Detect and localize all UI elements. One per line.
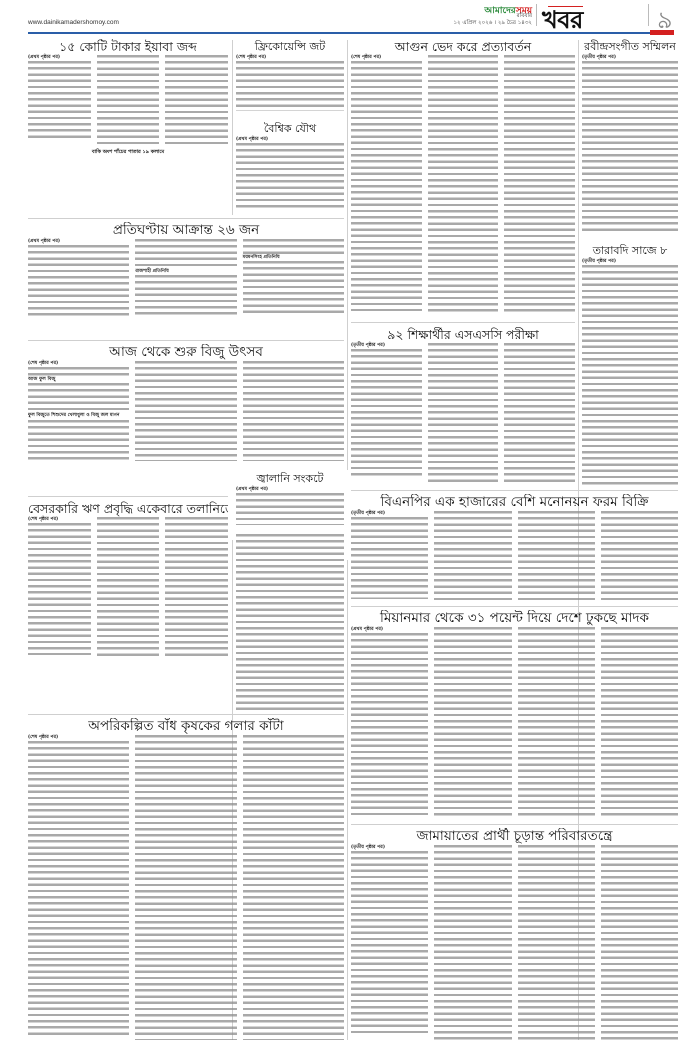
column-divider bbox=[232, 40, 233, 215]
article-yaba: ১৫ কোটি টাকার ইয়াবা জব্দ (প্রথম পৃষ্ঠার… bbox=[28, 38, 228, 156]
article-ssc: ৯২ শিক্ষার্থীর এসএসসি পরীক্ষা (তৃতীয় পৃ… bbox=[351, 326, 575, 486]
divider bbox=[648, 4, 649, 26]
headline[interactable]: ১৫ কোটি টাকার ইয়াবা জব্দ bbox=[28, 38, 228, 55]
headline[interactable]: তারাবদি সাজে ৮ bbox=[582, 242, 678, 259]
jump-line: বাকি অংশ পাঁচের পাতার ১৯ কলামে bbox=[28, 149, 228, 156]
headline[interactable]: মিয়ানমার থেকে ৩১ পয়েন্ট দিয়ে দেশে ঢুক… bbox=[351, 610, 678, 627]
section-rule bbox=[28, 714, 344, 715]
subhead: ময়মনসিংহ প্রতিনিধি bbox=[243, 255, 280, 260]
lead-tag: (শেষ পৃষ্ঠার পর) bbox=[28, 735, 58, 740]
masthead: www.dainikamadershomoy.com আমাদেরসময় রব… bbox=[0, 0, 700, 34]
headline[interactable]: রবীন্দ্রসংগীত সম্মিলন bbox=[582, 38, 678, 55]
article-jamaat: জামায়াতের প্রার্থী চূড়ান্ত পরিবারতন্ত্… bbox=[351, 828, 678, 1043]
header-rule bbox=[28, 32, 653, 34]
article-global: বৈশ্বিক যৌথ (প্রথম পৃষ্ঠার পর) bbox=[236, 120, 344, 215]
article-fuel: জ্বালানি সংকটে (প্রথম পৃষ্ঠার পর) bbox=[236, 470, 344, 530]
section-rule bbox=[351, 322, 575, 323]
article-hourly: প্রতিঘণ্টায় আক্রান্ত ২৬ জন (প্রথম পৃষ্ঠ… bbox=[28, 222, 344, 322]
lead-tag: (প্রথম পৃষ্ঠার পর) bbox=[28, 239, 60, 244]
headline[interactable]: আগুন ভেদ করে প্রত্যাবর্তন bbox=[351, 38, 575, 55]
headline[interactable]: অপরিকল্পিত বাঁধ কৃষকের গলার কাঁটা bbox=[28, 718, 344, 735]
headline[interactable]: বেসরকারি ঋণ প্রবৃদ্ধি একেবারে তলানিতে bbox=[28, 500, 228, 517]
lead-tag: (তৃতীয় পৃষ্ঠার পর) bbox=[582, 259, 616, 264]
article-rabindra: রবীন্দ্রসংগীত সম্মিলন (তৃতীয় পৃষ্ঠার পর… bbox=[582, 38, 678, 238]
page-number: ৯ bbox=[657, 2, 673, 42]
article-dam: অপরিকল্পিত বাঁধ কৃষকের গলার কাঁটা (শেষ প… bbox=[28, 718, 344, 1043]
lead-tag: (তৃতীয় পৃষ্ঠার পর) bbox=[351, 511, 385, 516]
headline[interactable]: ৯২ শিক্ষার্থীর এসএসসি পরীক্ষা bbox=[351, 326, 575, 343]
lead-tag: (শেষ পৃষ্ঠার পর) bbox=[28, 361, 58, 366]
section-rule bbox=[28, 340, 344, 341]
lead-tag: (প্রথম পৃষ্ঠার পর) bbox=[236, 487, 268, 492]
article-credit: বেসরকারি ঋণ প্রবৃদ্ধি একেবারে তলানিতে (শ… bbox=[28, 500, 228, 660]
section-title: খবর bbox=[542, 2, 583, 42]
article-bizu: আজ থেকে শুরু বিজু উৎসব (শেষ পৃষ্ঠার পর)আ… bbox=[28, 344, 344, 464]
lead-tag: (শেষ পৃষ্ঠার পর) bbox=[236, 55, 266, 60]
headline[interactable]: আজ থেকে শুরু বিজু উৎসব bbox=[28, 344, 344, 361]
article-bnp: বিএনপির এক হাজারের বেশি মনোনয়ন ফরম বিক্… bbox=[351, 494, 678, 604]
section-rule bbox=[28, 218, 344, 219]
article-frequency: ফ্রিকোয়েন্সি জট (শেষ পৃষ্ঠার পর) bbox=[236, 38, 344, 116]
section-rule bbox=[351, 824, 678, 825]
column-divider bbox=[347, 560, 348, 1040]
lead-tag: (প্রথম পৃষ্ঠার পর) bbox=[28, 55, 60, 60]
article-myanmar: মিয়ানমার থেকে ৩১ পয়েন্ট দিয়ে দেশে ঢুক… bbox=[351, 610, 678, 820]
section-rule bbox=[351, 490, 678, 491]
lead-tag: (শেষ পৃষ্ঠার পর) bbox=[28, 517, 58, 522]
subhead: রাজশাহী প্রতিনিধি bbox=[135, 269, 168, 274]
headline[interactable]: বিএনপির এক হাজারের বেশি মনোনয়ন ফরম বিক্… bbox=[351, 494, 678, 511]
lead-tag: (প্রথম পৃষ্ঠার পর) bbox=[351, 627, 383, 632]
lead-tag: (তৃতীয় পৃষ্ঠার পর) bbox=[351, 343, 385, 348]
divider bbox=[536, 4, 537, 26]
lead-tag: (শেষ পৃষ্ঠার পর) bbox=[351, 55, 381, 60]
column-divider bbox=[347, 40, 348, 470]
subhead: ফুল বিজুতে শিশুদের খেলাধুলা ও বিজু জল মা… bbox=[28, 413, 120, 418]
headline[interactable]: জামায়াতের প্রার্থী চূড়ান্ত পরিবারতন্ত্… bbox=[351, 828, 678, 845]
date-line: ১২ এপ্রিল ২০২৬ । ২৯ চৈত্র ১৪৩২ bbox=[400, 20, 532, 28]
headline[interactable]: বৈশ্বিক যৌথ bbox=[236, 120, 344, 137]
lead-tag: (তৃতীয় পৃষ্ঠার পর) bbox=[351, 845, 385, 850]
section-rule bbox=[28, 496, 228, 497]
website-url[interactable]: www.dainikamadershomoy.com bbox=[28, 19, 119, 26]
lead-tag: (প্রথম পৃষ্ঠার পর) bbox=[236, 137, 268, 142]
headline[interactable]: ফ্রিকোয়েন্সি জট bbox=[236, 38, 344, 55]
subhead: আজ ফুল বিজু bbox=[28, 377, 55, 382]
article-fire: আগুন ভেদ করে প্রত্যাবর্তন (শেষ পৃষ্ঠার প… bbox=[351, 38, 575, 318]
article-fuel-continued bbox=[236, 534, 344, 714]
header-accent-bar bbox=[650, 30, 674, 35]
headline[interactable]: জ্বালানি সংকটে bbox=[236, 470, 344, 487]
article-tarabdi: তারাবদি সাজে ৮ (তৃতীয় পৃষ্ঠার পর) bbox=[582, 242, 678, 492]
section-rule bbox=[351, 606, 678, 607]
lead-tag: (তৃতীয় পৃষ্ঠার পর) bbox=[582, 55, 616, 60]
headline[interactable]: প্রতিঘণ্টায় আক্রান্ত ২৬ জন bbox=[28, 222, 344, 239]
